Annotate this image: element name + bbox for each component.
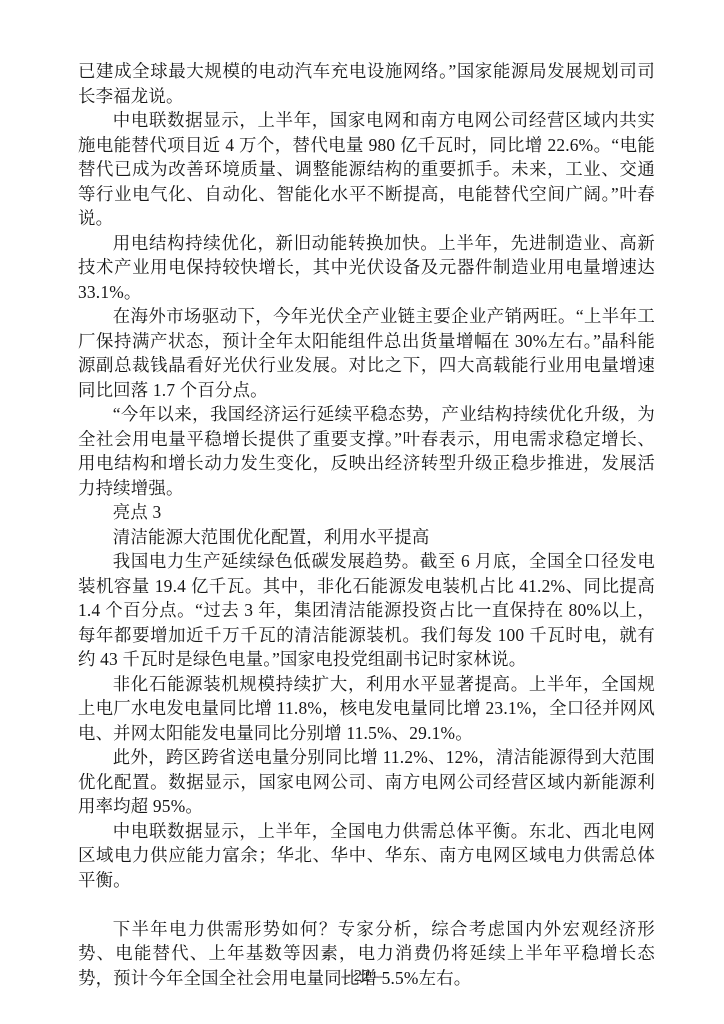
paragraph: 非化石能源装机规模持续扩大，利用水平显著提高。上半年，全国规上电厂水电发电量同比… <box>78 672 655 746</box>
section-label: 亮点 3 <box>78 500 655 525</box>
document-page: 已建成全球最大规模的电动汽车充电设施网络。”国家能源局发展规划司司长李福龙说。 … <box>0 0 724 1024</box>
paragraph: 此外，跨区跨省送电量分别同比增 11.2%、12%，清洁能源得到大范围优化配置。… <box>78 745 655 819</box>
page-number: – 22 – <box>341 966 382 985</box>
page-footer: – 22 – <box>0 966 724 986</box>
paragraph: 用电结构持续优化，新旧动能转换加快。上半年，先进制造业、高新技术产业用电保持较快… <box>78 231 655 305</box>
paragraph: 在海外市场驱动下，今年光伏全产业链主要企业产销两旺。“上半年工厂保持满产状态，预… <box>78 304 655 402</box>
paragraph: “今年以来，我国经济运行延续平稳态势，产业结构持续优化升级，为全社会用电量平稳增… <box>78 402 655 500</box>
paragraph: 中电联数据显示，上半年，国家电网和南方电网公司经营区域内共实施电能替代项目近 4… <box>78 108 655 231</box>
paragraph: 我国电力生产延续绿色低碳发展趋势。截至 6 月底，全国全口径发电装机容量 19.… <box>78 549 655 672</box>
paragraph: 中电联数据显示，上半年，全国电力供需总体平衡。东北、西北电网区域电力供应能力富余… <box>78 819 655 893</box>
section-heading: 清洁能源大范围优化配置，利用水平提高 <box>78 525 655 550</box>
paragraph-continuation: 已建成全球最大规模的电动汽车充电设施网络。”国家能源局发展规划司司长李福龙说。 <box>78 59 655 108</box>
document-body: 已建成全球最大规模的电动汽车充电设施网络。”国家能源局发展规划司司长李福龙说。 … <box>78 59 655 990</box>
